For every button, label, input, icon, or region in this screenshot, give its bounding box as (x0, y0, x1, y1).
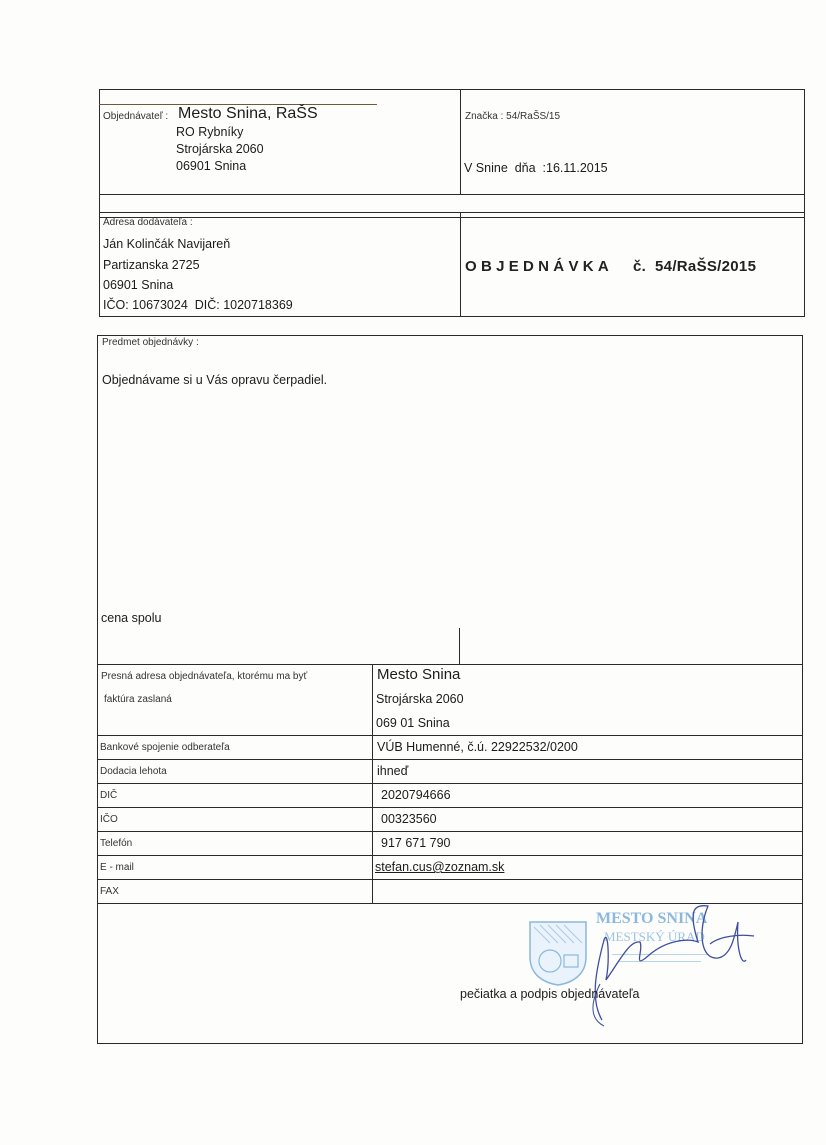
order-date: V Snine dňa :16.11.2015 (464, 161, 608, 175)
orderer-label: Objednávateľ : (103, 111, 168, 122)
row-divider (97, 831, 803, 832)
row-divider (97, 735, 803, 736)
supplier-ids: IČO: 10673024 DIČ: 1020718369 (103, 298, 293, 312)
supplier-city: 06901 Snina (103, 278, 173, 292)
dic-label: DIČ (100, 790, 117, 801)
bank-value: VÚB Humenné, č.ú. 22922532/0200 (377, 740, 578, 754)
invoice-address-label: Presná adresa objednávateľa, ktorému ma … (101, 671, 307, 682)
signature-icon (570, 900, 770, 1030)
delivery-label: Dodacia lehota (100, 766, 167, 777)
supplier-street: Partizanska 2725 (103, 258, 200, 272)
row-divider (97, 879, 803, 880)
ico-value: 00323560 (381, 812, 437, 826)
subject-text: Objednávame si u Vás opravu čerpadiel. (102, 373, 327, 387)
invoice-city: 069 01 Snina (376, 716, 450, 730)
bank-label: Bankové spojenie odberateľa (100, 742, 230, 753)
orderer-city: 06901 Snina (176, 159, 246, 173)
order-title: OBJEDNÁVKA (465, 258, 613, 275)
orderer-unit: RO Rybníky (176, 125, 243, 139)
phone-label: Telefón (100, 838, 132, 849)
header-divider (99, 194, 805, 195)
order-mark: Značka : 54/RaŠS/15 (465, 111, 560, 122)
phone-value: 917 671 790 (381, 836, 451, 850)
ico-label: IČO (100, 814, 118, 825)
fax-label: FAX (100, 886, 119, 897)
invoice-name: Mesto Snina (377, 666, 460, 683)
email-link[interactable]: stefan.cus@zoznam.sk (375, 860, 504, 874)
invoice-address-label-2: faktúra zaslaná (104, 694, 172, 705)
row-divider (97, 783, 803, 784)
invoice-street: Strojárska 2060 (376, 692, 464, 706)
row-divider (97, 807, 803, 808)
subject-label: Predmet objednávky : (102, 337, 199, 348)
dic-value: 2020794666 (381, 788, 451, 802)
order-number: č. 54/RaŠS/2015 (633, 258, 756, 275)
orderer-street: Strojárska 2060 (176, 142, 264, 156)
header-column-divider (460, 89, 461, 195)
delivery-value: ihneď (377, 764, 408, 778)
row-divider (97, 759, 803, 760)
subject-total-divider (459, 628, 460, 665)
orderer-name: Mesto Snina, RaŠS (178, 105, 318, 123)
signature-caption: pečiatka a podpis objednávateľa (460, 987, 639, 1001)
row-divider (97, 855, 803, 856)
email-label: E - mail (100, 862, 134, 873)
supplier-label: Adresa dodávateľa : (103, 217, 193, 228)
supplier-column-divider (460, 212, 461, 317)
total-price-label: cena spolu (101, 611, 161, 625)
supplier-name: Ján Kolinčák Navijareň (103, 237, 230, 251)
